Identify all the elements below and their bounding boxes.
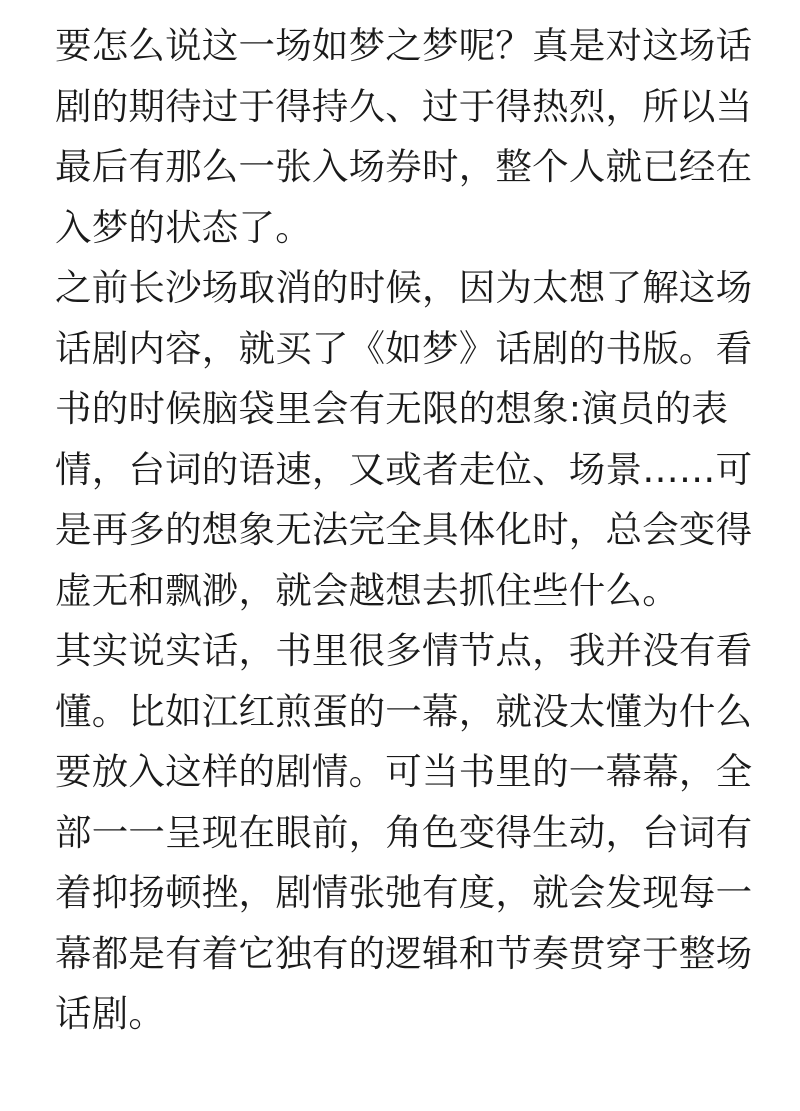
text-line: 懂。比如江红煎蛋的一幕，就没太懂为什么 [55,682,755,743]
paragraph: 要怎么说这一场如梦之梦呢？真是对这场话 剧的期待过于得持久、过于得热烈，所以当 … [55,16,755,258]
paragraph: 其实说实话，书里很多情节点，我并没有看 懂。比如江红煎蛋的一幕，就没太懂为什么 … [55,621,755,1045]
text-line: 幕都是有着它独有的逻辑和节奏贯穿于整场 [55,924,755,985]
text-line: 其实说实话，书里很多情节点，我并没有看 [55,621,755,682]
text-line: 着抑扬顿挫，剧情张弛有度，就会发现每一 [55,863,755,924]
paragraph: 之前长沙场取消的时候，因为太想了解这场 话剧内容，就买了《如梦》话剧的书版。看 … [55,258,755,621]
text-line: 剧的期待过于得持久、过于得热烈，所以当 [55,77,755,138]
text-line: 部一一呈现在眼前，角色变得生动，台词有 [55,803,755,864]
text-line: 要放入这样的剧情。可当书里的一幕幕，全 [55,742,755,803]
document-body: 要怎么说这一场如梦之梦呢？真是对这场话 剧的期待过于得持久、过于得热烈，所以当 … [55,16,755,1045]
text-line: 最后有那么一张入场券时，整个人就已经在 [55,137,755,198]
text-line: 是再多的想象无法完全具体化时，总会变得 [55,500,755,561]
text-line: 话剧内容，就买了《如梦》话剧的书版。看 [55,319,755,380]
text-line: 书的时候脑袋里会有无限的想象:演员的表 [55,379,755,440]
text-line: 入梦的状态了。 [55,198,755,259]
text-line: 之前长沙场取消的时候，因为太想了解这场 [55,258,755,319]
text-line: 要怎么说这一场如梦之梦呢？真是对这场话 [55,16,755,77]
text-line: 虚无和飘渺，就会越想去抓住些什么。 [55,561,755,622]
text-line: 情，台词的语速，又或者走位、场景……可 [55,440,755,501]
text-line: 话剧。 [55,984,755,1045]
